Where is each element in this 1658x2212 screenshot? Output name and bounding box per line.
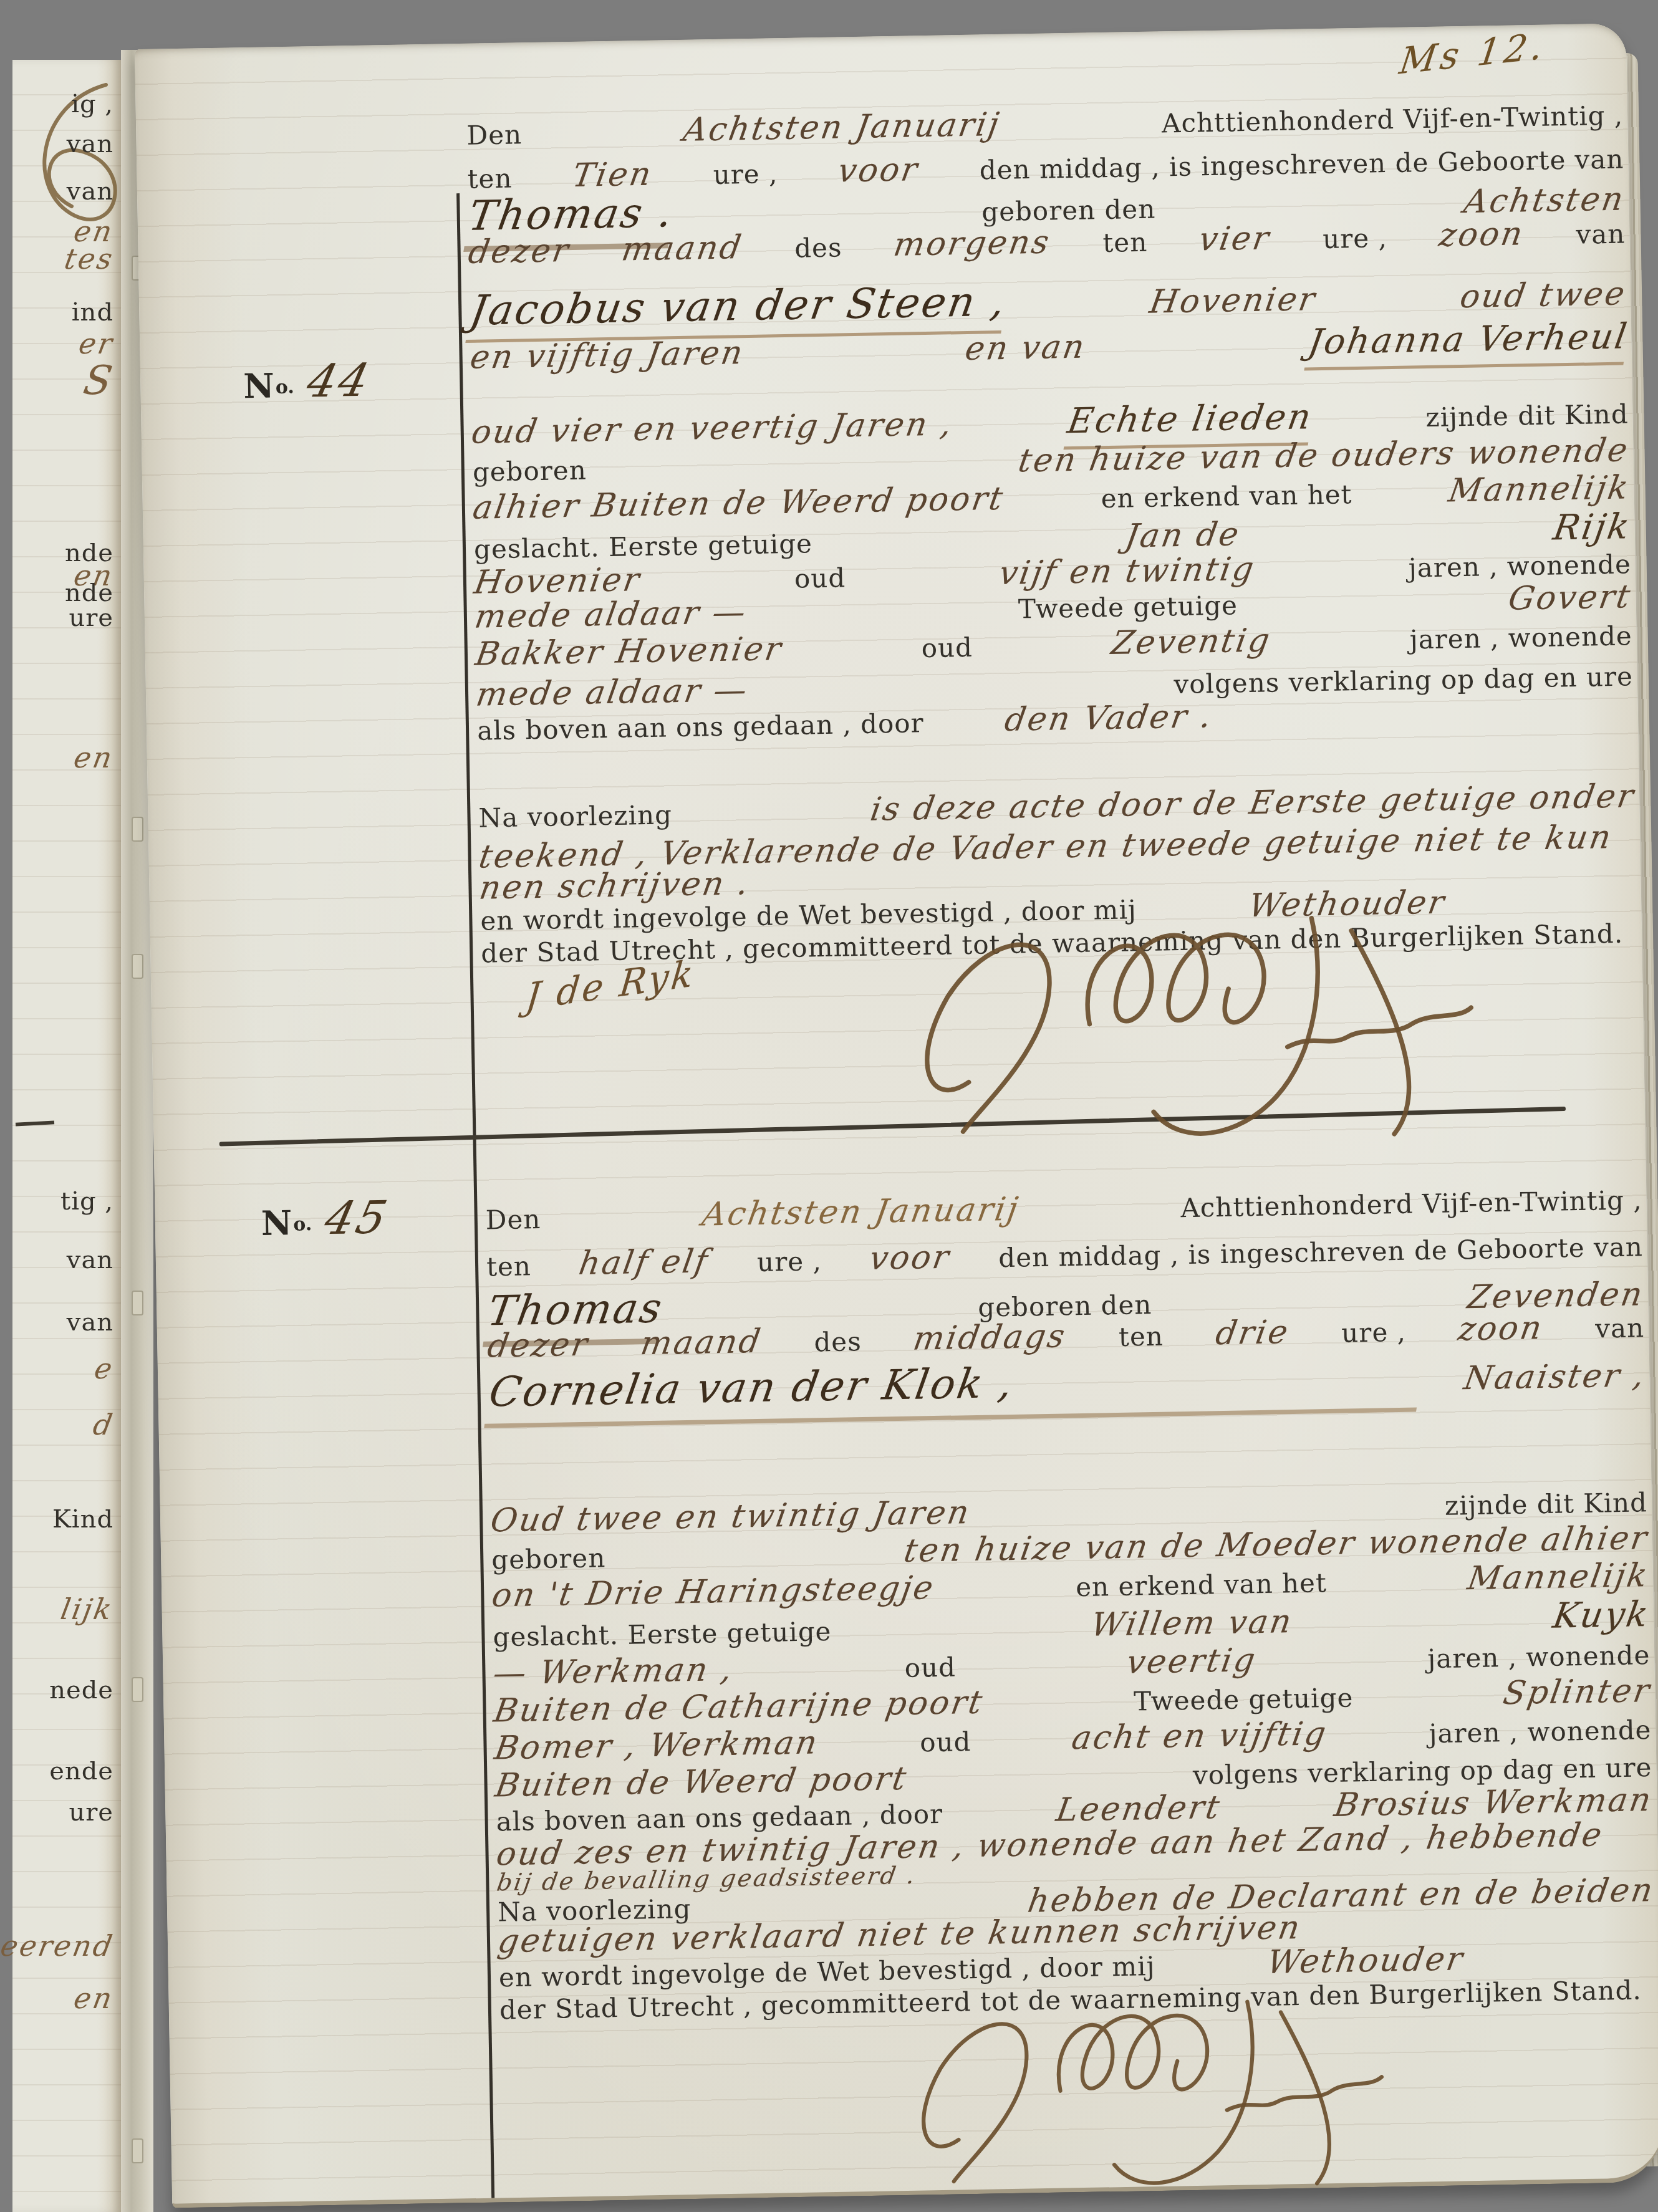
witness2-name: Bomer , Werkman	[492, 1724, 822, 1767]
printed-text: jaren , wonende	[1429, 1714, 1652, 1749]
previous-page-edge: ig , van van en tes ind er S nde en nde …	[12, 60, 121, 2212]
printed-text: Achttienhonderd Vijf-en-Twintig ,	[1180, 1185, 1642, 1223]
page-fragment: lijk	[59, 1592, 117, 1626]
record-number: No. 45	[261, 1191, 388, 1246]
record-number-sup: o.	[293, 1213, 312, 1236]
page-fragment: ende	[49, 1757, 113, 1786]
handwritten-text: voor	[867, 1239, 953, 1277]
registrar-title: Wethouder	[1265, 1940, 1467, 1981]
registrar-signature	[842, 1983, 1500, 2194]
record-divider-fragment	[16, 1120, 54, 1126]
page-fragment: van	[67, 130, 113, 158]
binding-stitch	[132, 1291, 143, 1315]
printed-text: geslacht. Eerste getuige	[493, 1616, 832, 1652]
registration-hour: half elf	[576, 1243, 711, 1282]
page-fragment: er	[76, 327, 117, 360]
page-fragment: en	[71, 741, 116, 774]
page-fragment: ure	[69, 1798, 113, 1827]
printed-text: ten	[486, 1251, 532, 1282]
mother-name: Cornelia van der Klok ,	[484, 1352, 1425, 1428]
page-fragment: van	[67, 177, 113, 206]
printed-text: jaren , wonende	[1427, 1640, 1651, 1674]
page-fragment: e	[92, 1352, 117, 1385]
witness2-name: Splinter	[1500, 1672, 1654, 1712]
birth-record-45: No. 45 Den Achtsten Januarij Achttienhon…	[135, 23, 1658, 2203]
binding-stitch	[132, 954, 143, 979]
page-fragment: van	[67, 1308, 113, 1337]
birth-daypart: middags	[911, 1317, 1069, 1357]
printed-text: ten	[1119, 1321, 1164, 1352]
printed-text: Tweede getuige	[1134, 1682, 1354, 1716]
page-fragment: ure	[69, 603, 113, 632]
binding-stitch	[132, 2138, 143, 2163]
page-fragment: ind	[72, 298, 113, 327]
mother-occupation: Naaister ,	[1461, 1357, 1648, 1397]
witness1-age: veertig	[1124, 1642, 1259, 1681]
printed-text: zijnde dit Kind	[1445, 1487, 1648, 1521]
printed-text: den middag , is ingeschreven de Geboorte…	[998, 1231, 1643, 1273]
record-number-prefix: N	[261, 1203, 293, 1243]
page-fragment: S	[80, 358, 118, 404]
printed-text: geboren	[491, 1542, 606, 1575]
page-fragment: d	[90, 1408, 117, 1441]
handwritten-text: dezer	[485, 1326, 592, 1365]
printed-text: oud	[904, 1652, 956, 1683]
registration-date: Achtsten Januarij	[700, 1191, 1022, 1234]
child-gender: Mannelijk	[1465, 1557, 1651, 1597]
page-fragment: nede	[49, 1676, 113, 1705]
witness1-occupation: — Werkman ,	[491, 1651, 736, 1693]
record-number-value: 45	[320, 1191, 394, 1244]
register-scan: ig , van van en tes ind er S nde en nde …	[0, 0, 1658, 2212]
binding-stitch	[132, 817, 143, 842]
witness1-name: Kuyk	[1550, 1594, 1653, 1637]
page-fragment: ig ,	[71, 90, 113, 118]
register-page: Ms 12. No. 44 Den Achtsten Januarij Acht…	[135, 23, 1658, 2208]
printed-text: Den	[485, 1204, 541, 1236]
handwritten-text: maand	[639, 1323, 765, 1363]
page-fragment: van	[67, 1246, 113, 1274]
printed-text: van	[1595, 1312, 1645, 1344]
page-fragment: Kind	[52, 1505, 113, 1534]
printed-text: oud	[920, 1726, 971, 1758]
page-fragment: teerend	[0, 1929, 117, 1963]
page-fragment: en	[71, 1981, 116, 2015]
printed-text: des	[814, 1326, 862, 1357]
printed-text: en erkend van het	[1076, 1567, 1328, 1602]
birth-hour: drie	[1213, 1314, 1292, 1352]
printed-text: ure ,	[757, 1246, 822, 1277]
form-line: Den Achtsten Januarij Achttienhonderd Vi…	[485, 1180, 1642, 1237]
binding-stitch	[132, 1677, 143, 1702]
printed-text: ure ,	[1341, 1317, 1407, 1349]
handwritten-text: zoon	[1455, 1309, 1546, 1349]
page-fragment: tig ,	[60, 1187, 113, 1216]
witness1-name: Willem van	[1089, 1603, 1296, 1644]
witness2-age: acht en vijftig	[1069, 1715, 1330, 1757]
page-fragment: tes	[62, 242, 117, 276]
